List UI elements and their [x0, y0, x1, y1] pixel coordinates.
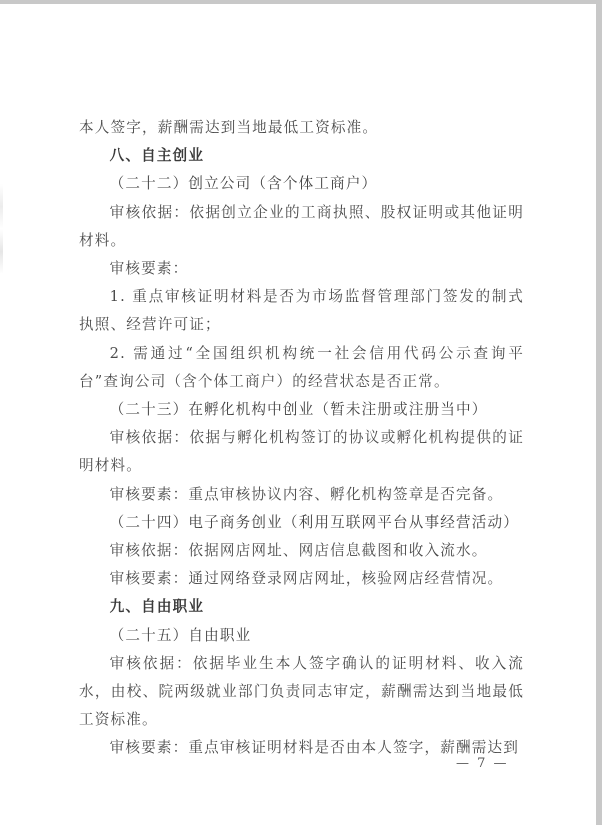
subsection-heading-25: （二十五）自由职业 — [79, 622, 524, 650]
document-body: 本人签字，薪酬需达到当地最低工资标准。 八、自主创业 （二十二）创立公司（含个体… — [79, 114, 524, 763]
paragraph-basis-24: 审核依据：依据网店网址、网店信息截图和收入流水。 — [79, 537, 524, 565]
document-page: 本人签字，薪酬需达到当地最低工资标准。 八、自主创业 （二十二）创立公司（含个体… — [0, 4, 596, 825]
section-heading-freelance: 九、自由职业 — [79, 593, 524, 621]
paragraph-elements-label-22: 审核要素： — [79, 255, 524, 283]
subsection-heading-22: （二十二）创立公司（含个体工商户） — [79, 170, 524, 198]
paragraph-basis-23: 审核依据：依据与孵化机构签订的协议或孵化机构提供的证明材料。 — [79, 424, 524, 480]
continuation-paragraph: 本人签字，薪酬需达到当地最低工资标准。 — [79, 114, 524, 142]
paragraph-element-2: 2. 需通过“全国组织机构统一社会信用代码公示查询平台”查询公司（含个体工商户）… — [79, 340, 524, 396]
paragraph-elements-23: 审核要素：重点审核协议内容、孵化机构签章是否完备。 — [79, 481, 524, 509]
paragraph-element-1: 1. 重点审核证明材料是否为市场监督管理部门签发的制式执照、经营许可证； — [79, 283, 524, 339]
section-heading-entrepreneurship: 八、自主创业 — [79, 142, 524, 170]
paragraph-basis-22: 审核依据：依据创立企业的工商执照、股权证明或其他证明材料。 — [79, 199, 524, 255]
paragraph-basis-25: 审核依据：依据毕业生本人签字确认的证明材料、收入流水，由校、院两级就业部门负责同… — [79, 650, 524, 735]
scan-edge-marks — [0, 184, 3, 274]
subsection-heading-24: （二十四）电子商务创业（利用互联网平台从事经营活动） — [79, 509, 524, 537]
page-number: — 7 — — [456, 756, 509, 771]
paragraph-elements-24: 审核要素：通过网络登录网店网址，核验网店经营情况。 — [79, 565, 524, 593]
subsection-heading-23: （二十三）在孵化机构中创业（暂未注册或注册当中） — [79, 396, 524, 424]
